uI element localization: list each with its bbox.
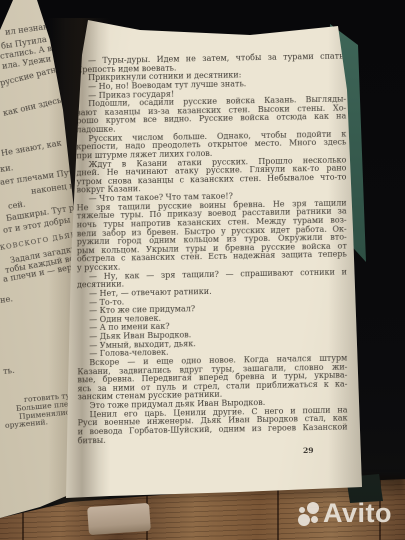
left-page-text-fragment: ть. <box>2 365 15 376</box>
left-page-footnote-fragment: оружений. <box>5 417 49 430</box>
book-photo: ил незнакомец. бы Путила в Ка стались. А… <box>0 0 405 540</box>
right-page-text: — Туры-дуры. Идем не затем, чтобы за тур… <box>76 52 348 445</box>
left-page-text-fragment: Не знают, как <box>0 137 62 158</box>
avito-logo-icon <box>293 500 321 526</box>
avito-wordmark: Avito <box>323 496 392 530</box>
avito-watermark: Avito <box>293 496 405 532</box>
left-page-text-fragment: не. <box>0 293 13 305</box>
left-page-text-fragment: как они здесь <box>2 95 62 118</box>
page-number: 29 <box>303 446 314 455</box>
book-stand-tab <box>87 503 151 535</box>
left-page-text-fragment: ки. <box>0 162 14 174</box>
